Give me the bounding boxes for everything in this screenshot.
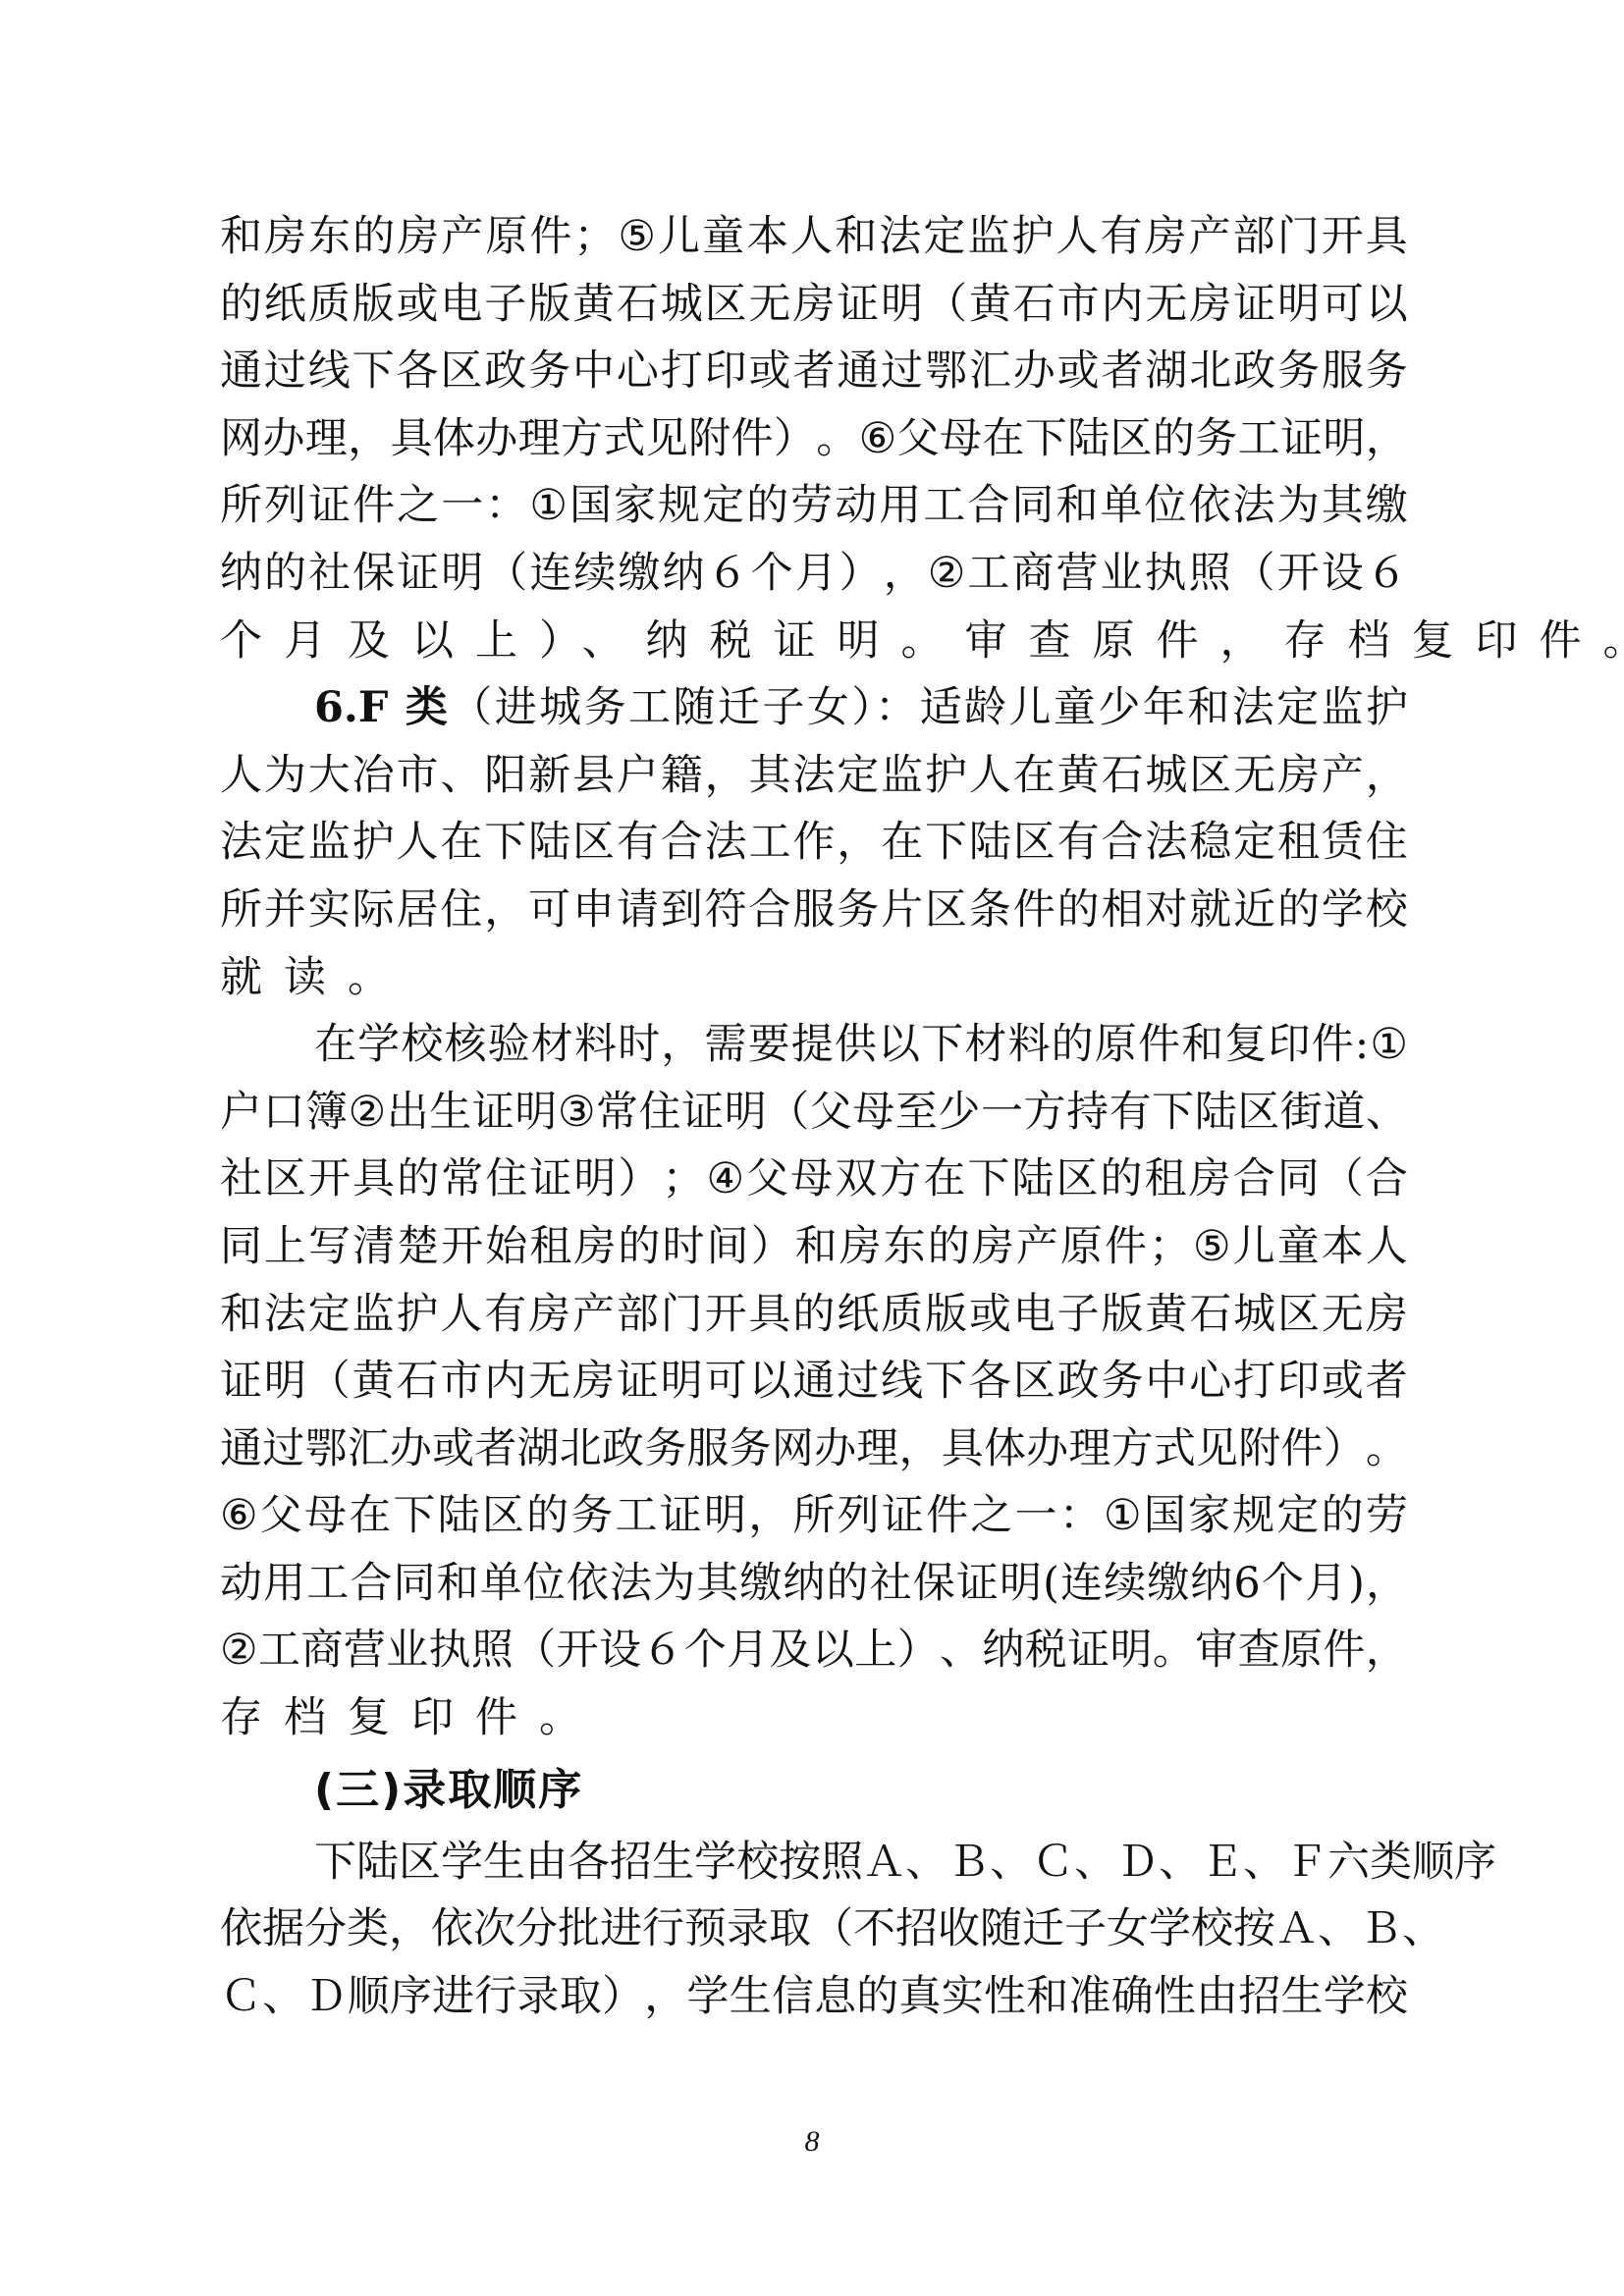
text-line: ②工商营业执照（开设６个月及以上）、纳税证明。审查原件， bbox=[220, 1617, 1408, 1684]
text-line: 所并实际居住，可申请到符合服务片区条件的相对就近的学校 bbox=[220, 877, 1408, 944]
section-heading: (三)录取顺序 bbox=[220, 1752, 1408, 1829]
text-line: 个月及以上）、纳税证明。审查原件，存档复印件。 bbox=[220, 608, 1408, 675]
text-line: 法定监护人在下陆区有合法工作，在下陆区有合法稳定租赁住 bbox=[220, 809, 1408, 877]
category-f-first-line-text: （进城务工随迁子女）：适龄儿童少年和法定监护 bbox=[450, 683, 1408, 732]
text-line: ⑥父母在下陆区的务工证明，所列证件之一：①国家规定的劳 bbox=[220, 1482, 1408, 1550]
text-line: 纳的社保证明（连续缴纳６个月），②工商营业执照（开设６ bbox=[220, 540, 1408, 608]
text-line: 依据分类，依次分批进行预录取（不招收随迁子女学校按Ａ、Ｂ、 bbox=[220, 1896, 1408, 1963]
text-line: 在学校核验材料时，需要提供以下材料的原件和复印件:① bbox=[220, 1011, 1408, 1079]
text-line: 和法定监护人有房产部门开具的纸质版或电子版黄石城区无房 bbox=[220, 1281, 1408, 1349]
text-line: 动用工合同和单位依法为其缴纳的社保证明(连续缴纳6个月)， bbox=[220, 1550, 1408, 1618]
text-line: 通过鄂汇办或者湖北政务服务网办理，具体办理方式见附件）。 bbox=[220, 1415, 1408, 1483]
text-line: 下陆区学生由各招生学校按照Ａ、Ｂ、Ｃ、Ｄ、Ｅ、Ｆ六类顺序 bbox=[220, 1829, 1408, 1896]
paragraph-continuation: 和房东的房产原件；⑤儿童本人和法定监护人有房产部门开具 的纸质版或电子版黄石城区… bbox=[220, 203, 1408, 674]
text-line: 就读。 bbox=[220, 944, 1408, 1012]
text-line: 通过线下各区政务中心打印或者通过鄂汇办或者湖北政务服务 bbox=[220, 338, 1408, 405]
text-line: 证明（黄石市内无房证明可以通过线下各区政务中心打印或者 bbox=[220, 1348, 1408, 1415]
text-line: 网办理，具体办理方式见附件）。⑥父母在下陆区的务工证明， bbox=[220, 405, 1408, 473]
text-line: Ｃ、Ｄ顺序进行录取），学生信息的真实性和准确性由招生学校 bbox=[220, 1963, 1408, 2031]
text-line: 所列证件之一：①国家规定的劳动用工合同和单位依法为其缴 bbox=[220, 472, 1408, 540]
paragraph-materials: 在学校核验材料时，需要提供以下材料的原件和复印件:① 户口簿②出生证明③常住证明… bbox=[220, 1011, 1408, 1752]
text-line: 户口簿②出生证明③常住证明（父母至少一方持有下陆区街道、 bbox=[220, 1079, 1408, 1147]
page-number: 8 bbox=[0, 2125, 1624, 2159]
text-line: 同上写清楚开始租房的时间）和房东的房产原件；⑤儿童本人 bbox=[220, 1213, 1408, 1281]
paragraph-admission-order: 下陆区学生由各招生学校按照Ａ、Ｂ、Ｃ、Ｄ、Ｅ、Ｆ六类顺序 依据分类，依次分批进行… bbox=[220, 1829, 1408, 2031]
document-page: 和房东的房产原件；⑤儿童本人和法定监护人有房产部门开具 的纸质版或电子版黄石城区… bbox=[220, 203, 1408, 2030]
paragraph-category-f: 6.F 类（进城务工随迁子女）：适龄儿童少年和法定监护 人为大冶市、阳新县户籍，… bbox=[220, 674, 1408, 1011]
text-line: 人为大冶市、阳新县户籍，其法定监护人在黄石城区无房产， bbox=[220, 742, 1408, 810]
text-line: 和房东的房产原件；⑤儿童本人和法定监护人有房产部门开具 bbox=[220, 203, 1408, 271]
category-f-label: 6.F 类 bbox=[314, 683, 450, 732]
text-line: 社区开具的常住证明）；④父母双方在下陆区的租房合同（合 bbox=[220, 1146, 1408, 1213]
category-f-first-line: 6.F 类（进城务工随迁子女）：适龄儿童少年和法定监护 bbox=[220, 674, 1408, 742]
text-line: 的纸质版或电子版黄石城区无房证明（黄石市内无房证明可以 bbox=[220, 271, 1408, 339]
text-line: 存档复印件。 bbox=[220, 1684, 1408, 1752]
